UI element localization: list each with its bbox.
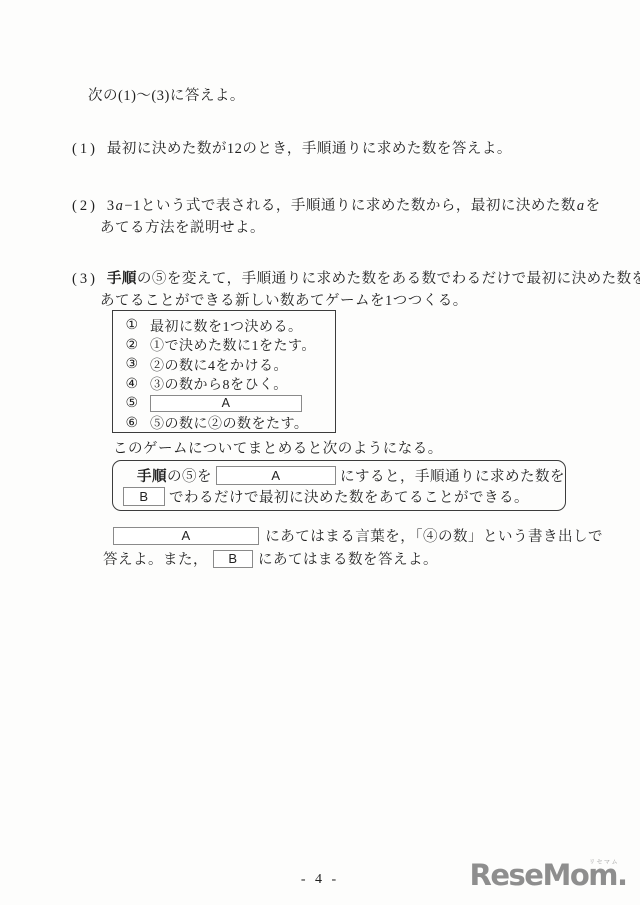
q1-text: 最初に決めた数が12のとき，手順通りに求めた数を答えよ。 — [107, 141, 512, 157]
final-seg1: にあてはまる言葉を，「④の数」という書き出しで — [265, 525, 603, 546]
q2-label: (2) — [72, 195, 98, 217]
blank-field-A-summary: A — [216, 466, 336, 485]
resemom-logo: リセマム ReseMom. — [470, 858, 628, 900]
q1-label: (1) — [72, 138, 98, 160]
summary-lead-text: このゲームについてまとめると次のようになる。 — [113, 438, 443, 460]
logo-ruby-text: リセマム — [589, 857, 619, 866]
summary-box: 手順の⑤をAにすると，手順通りに求めた数を Bでわるだけで最初に決めた数をあてる… — [112, 460, 566, 511]
q3-line1: (3)手順の⑤を変えて，手順通りに求めた数をある数でわるだけで最初に決めた数を — [72, 268, 640, 290]
step-2-number: ② — [124, 337, 140, 354]
q3-rest-text: の⑤を変えて，手順通りに求めた数をある数でわるだけで最初に決めた数を — [137, 271, 640, 287]
blank-field-A-step5: A — [150, 395, 302, 412]
final-line1: Aにあてはまる言葉を，「④の数」という書き出しで — [103, 524, 603, 547]
step-3-text: ②の数に4をかける。 — [150, 355, 288, 375]
step-6-number: ⑥ — [124, 415, 140, 432]
step-4-text: ③の数から8をひく。 — [150, 374, 288, 394]
blank-field-B-question: B — [213, 550, 253, 568]
question-2: (2)3a−1という式で表される，手順通りに求めた数から，最初に決めた数aを あ… — [72, 195, 601, 239]
step-1-number: ① — [124, 317, 140, 334]
step-row-4: ④ ③の数から8をひく。 — [124, 375, 335, 395]
step-2-text: ①で決めた数に1をたす。 — [150, 335, 316, 355]
intro-text: 次の(1)～(3)に答えよ。 — [88, 85, 245, 107]
q2-variable-a: a — [115, 198, 125, 214]
q3-line2: あてることができる新しい数あてゲームを1つつくる。 — [100, 290, 640, 312]
step-row-6: ⑥ ⑤の数に②の数をたす。 — [124, 414, 335, 434]
question-1: (1)最初に決めた数が12のとき，手順通りに求めた数を答えよ。 — [72, 138, 512, 160]
q2-coefficient: 3 — [107, 198, 115, 214]
q2-line2: あてる方法を説明せよ。 — [100, 217, 601, 239]
q2-tail-text: を — [586, 198, 601, 214]
blank-field-A-question: A — [113, 527, 259, 545]
q2-variable-a2: a — [576, 198, 586, 214]
exam-page: 次の(1)～(3)に答えよ。 (1)最初に決めた数が12のとき，手順通りに求めた… — [0, 0, 640, 905]
summary-seg2: にすると，手順通りに求めた数を — [340, 465, 565, 486]
q3-label: (3) — [72, 268, 98, 290]
step-row-1: ① 最初に数を1つ決める。 — [124, 316, 335, 336]
q2-line1: (2)3a−1という式で表される，手順通りに求めた数から，最初に決めた数aを — [72, 195, 601, 217]
summary-seg3: でわるだけで最初に決めた数をあてることができる。 — [169, 486, 529, 507]
blank-field-B-summary: B — [123, 487, 165, 506]
final-seg2: 答えよ。また， — [103, 548, 208, 569]
step-6-text: ⑤の数に②の数をたす。 — [150, 413, 308, 433]
step-row-5: ⑤ A — [124, 394, 335, 414]
final-question: Aにあてはまる言葉を，「④の数」という書き出しで 答えよ。また，Bにあてはまる数… — [103, 524, 603, 570]
step-row-2: ② ①で決めた数に1をたす。 — [124, 336, 335, 356]
question-3: (3)手順の⑤を変えて，手順通りに求めた数をある数でわるだけで最初に決めた数を … — [72, 268, 640, 312]
step-row-3: ③ ②の数に4をかける。 — [124, 355, 335, 375]
step-1-text: 最初に数を1つ決める。 — [150, 316, 303, 336]
summary-line1: 手順の⑤をAにすると，手順通りに求めた数を — [137, 465, 565, 486]
final-line2: 答えよ。また，Bにあてはまる数を答えよ。 — [103, 547, 603, 570]
step-5-number: ⑤ — [124, 395, 140, 412]
q2-mid-text: −1という式で表される，手順通りに求めた数から，最初に決めた数 — [124, 198, 575, 214]
step-4-number: ④ — [124, 376, 140, 393]
summary-line2: Bでわるだけで最初に決めた数をあてることができる。 — [123, 486, 565, 507]
step-3-number: ③ — [124, 356, 140, 373]
summary-seg1: の⑤を — [167, 465, 212, 486]
q3-bold-word: 手順 — [107, 271, 137, 287]
summary-bold-word: 手順 — [137, 465, 167, 486]
steps-box: ① 最初に数を1つ決める。 ② ①で決めた数に1をたす。 ③ ②の数に4をかける… — [112, 310, 336, 433]
final-seg3: にあてはまる数を答えよ。 — [258, 548, 438, 569]
